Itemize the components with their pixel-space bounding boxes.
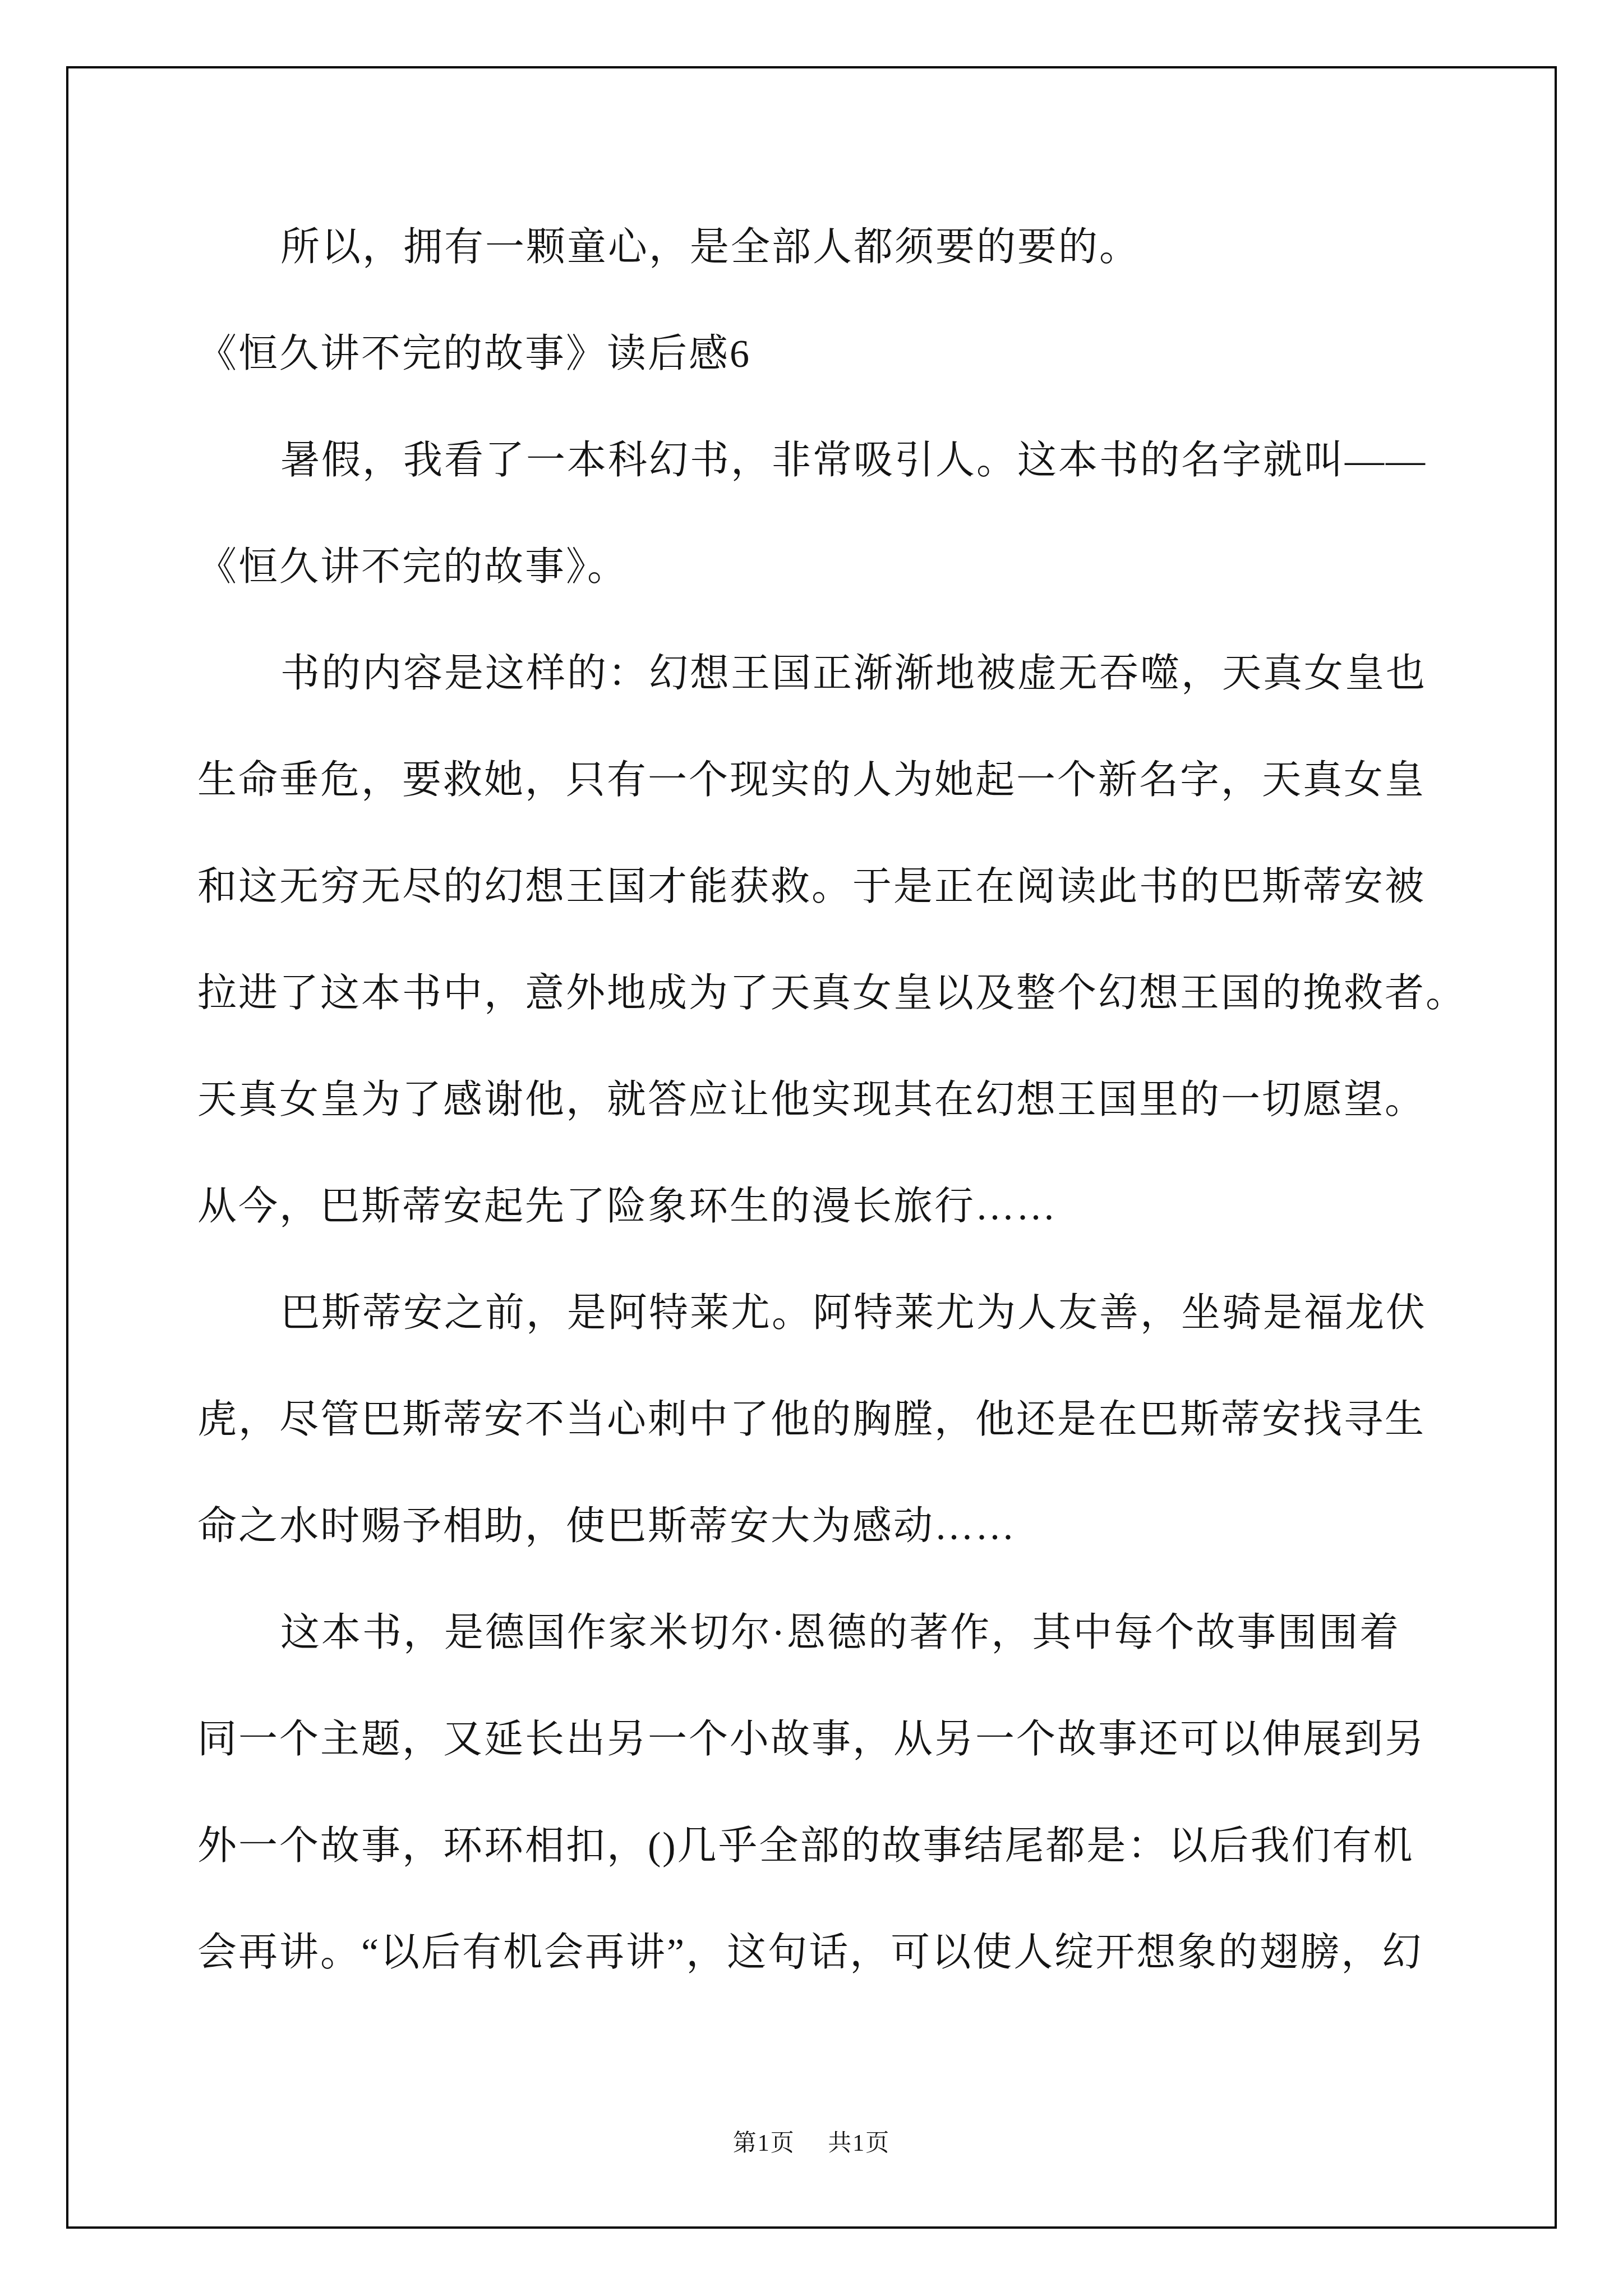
- footer-page-total: 共1页: [828, 2131, 890, 2156]
- text-line: 外一个故事，环环相扣，()几乎全部的故事结尾都是：以后我们有机: [197, 1793, 1454, 1900]
- text-line: 和这无穷无尽的幻想王国才能获救。于是正在阅读此书的巴斯蒂安被: [197, 834, 1454, 941]
- text-line: 虎，尽管巴斯蒂安不当心刺中了他的胸膛，他还是在巴斯蒂安找寻生: [197, 1367, 1454, 1474]
- text-line: 拉进了这本书中，意外地成为了天真女皇以及整个幻想王国的挽救者。: [197, 941, 1454, 1047]
- text-line: 书的内容是这样的：幻想王国正渐渐地被虚无吞噬，天真女皇也: [197, 621, 1454, 728]
- text-line: 天真女皇为了感谢他，就答应让他实现其在幻想王国里的一切愿望。: [197, 1047, 1454, 1154]
- text-line: 暑假，我看了一本科幻书，非常吸引人。这本书的名字就叫——: [197, 408, 1454, 514]
- text-line: 这本书，是德国作家米切尔·恩德的著作，其中每个故事围围着: [197, 1580, 1454, 1687]
- text-line: 命之水时赐予相助，使巴斯蒂安大为感动……: [197, 1474, 1454, 1580]
- text-line: 巴斯蒂安之前，是阿特莱尤。阿特莱尤为人友善，坐骑是福龙伏: [197, 1260, 1454, 1367]
- text-line: 《恒久讲不完的故事》。: [197, 514, 1454, 621]
- text-line: 会再讲。“以后有机会再讲”，这句话，可以使人绽开想象的翅膀，幻: [197, 1900, 1454, 2007]
- text-line: 生命垂危，要救她，只有一个现实的人为她起一个新名字，天真女皇: [197, 728, 1454, 834]
- footer-page-number: 第1页: [733, 2131, 795, 2156]
- document-body: 所以，拥有一颗童心，是全部人都须要的要的。《恒久讲不完的故事》读后感6暑假，我看…: [197, 195, 1454, 2007]
- text-line: 《恒久讲不完的故事》读后感6: [197, 301, 1454, 408]
- page-footer: 第1页 共1页: [0, 2131, 1623, 2156]
- text-line: 从今，巴斯蒂安起先了险象环生的漫长旅行……: [197, 1154, 1454, 1260]
- text-line: 所以，拥有一颗童心，是全部人都须要的要的。: [197, 195, 1454, 301]
- text-line: 同一个主题，又延长出另一个小故事，从另一个故事还可以伸展到另: [197, 1687, 1454, 1793]
